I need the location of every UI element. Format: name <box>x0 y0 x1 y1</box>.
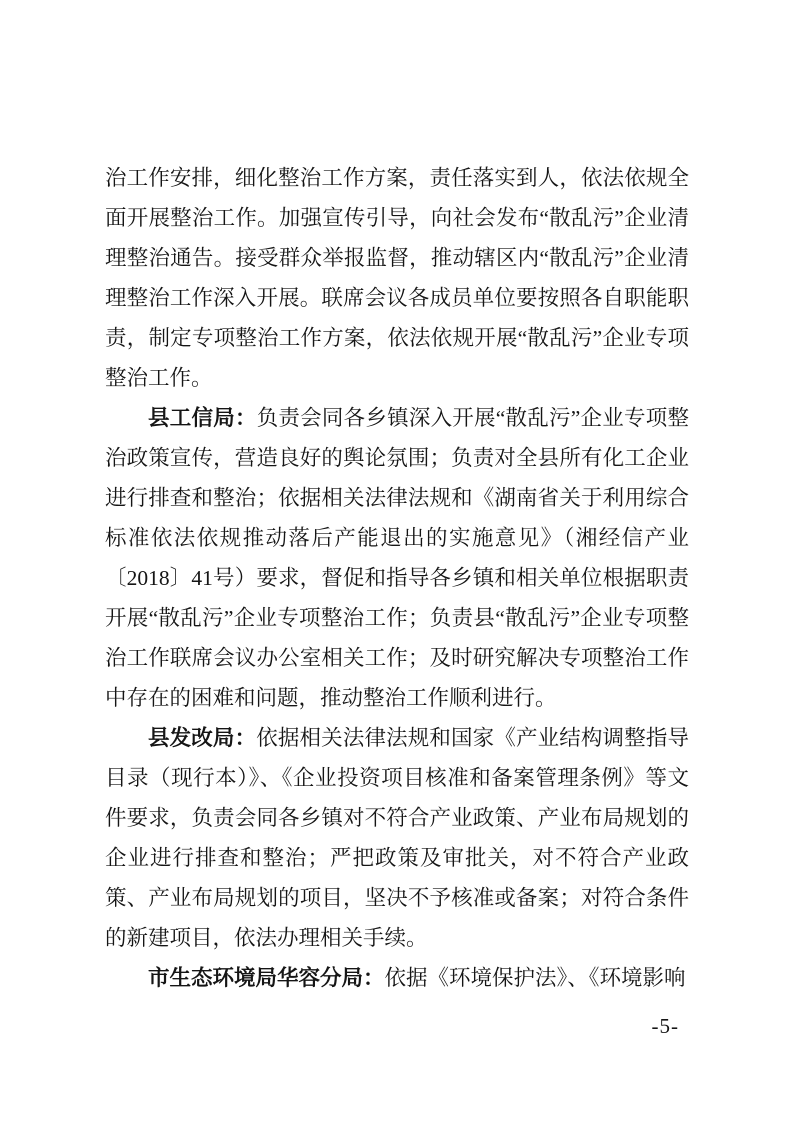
paragraph-county-development-reform-bureau: 县发改局：依据相关法律法规和国家《产业结构调整指导目录（现行本）》、《企业投资项… <box>105 718 689 958</box>
paragraph-continuation: 治工作安排，细化整治工作方案，责任落实到人，依法依规全面开展整治工作。加强宣传引… <box>105 158 689 398</box>
org-label: 县发改局： <box>148 726 256 750</box>
paragraph-text: 依据《环境保护法》、《环境影响 <box>385 966 686 990</box>
paragraph-county-industry-bureau: 县工信局：负责会同各乡镇深入开展“散乱污”企业专项整治政策宣传，营造良好的舆论氛… <box>105 398 689 718</box>
org-label: 市生态环境局华容分局： <box>148 966 385 990</box>
paragraph-text: 依据相关法律法规和国家《产业结构调整指导目录（现行本）》、《企业投资项目核准和备… <box>105 726 689 950</box>
paragraph-text: 治工作安排，细化整治工作方案，责任落实到人，依法依规全面开展整治工作。加强宣传引… <box>105 166 689 390</box>
paragraph-text: 负责会同各乡镇深入开展“散乱污”企业专项整治政策宣传，营造良好的舆论氛围；负责对… <box>105 406 689 710</box>
document-page: 治工作安排，细化整治工作方案，责任落实到人，依法依规全面开展整治工作。加强宣传引… <box>0 0 793 1122</box>
document-body: 治工作安排，细化整治工作方案，责任落实到人，依法依规全面开展整治工作。加强宣传引… <box>105 158 689 998</box>
paragraph-city-ecology-environment-bureau: 市生态环境局华容分局：依据《环境保护法》、《环境影响 <box>105 958 689 998</box>
org-label: 县工信局： <box>148 406 257 430</box>
page-number: -5- <box>652 1012 680 1040</box>
